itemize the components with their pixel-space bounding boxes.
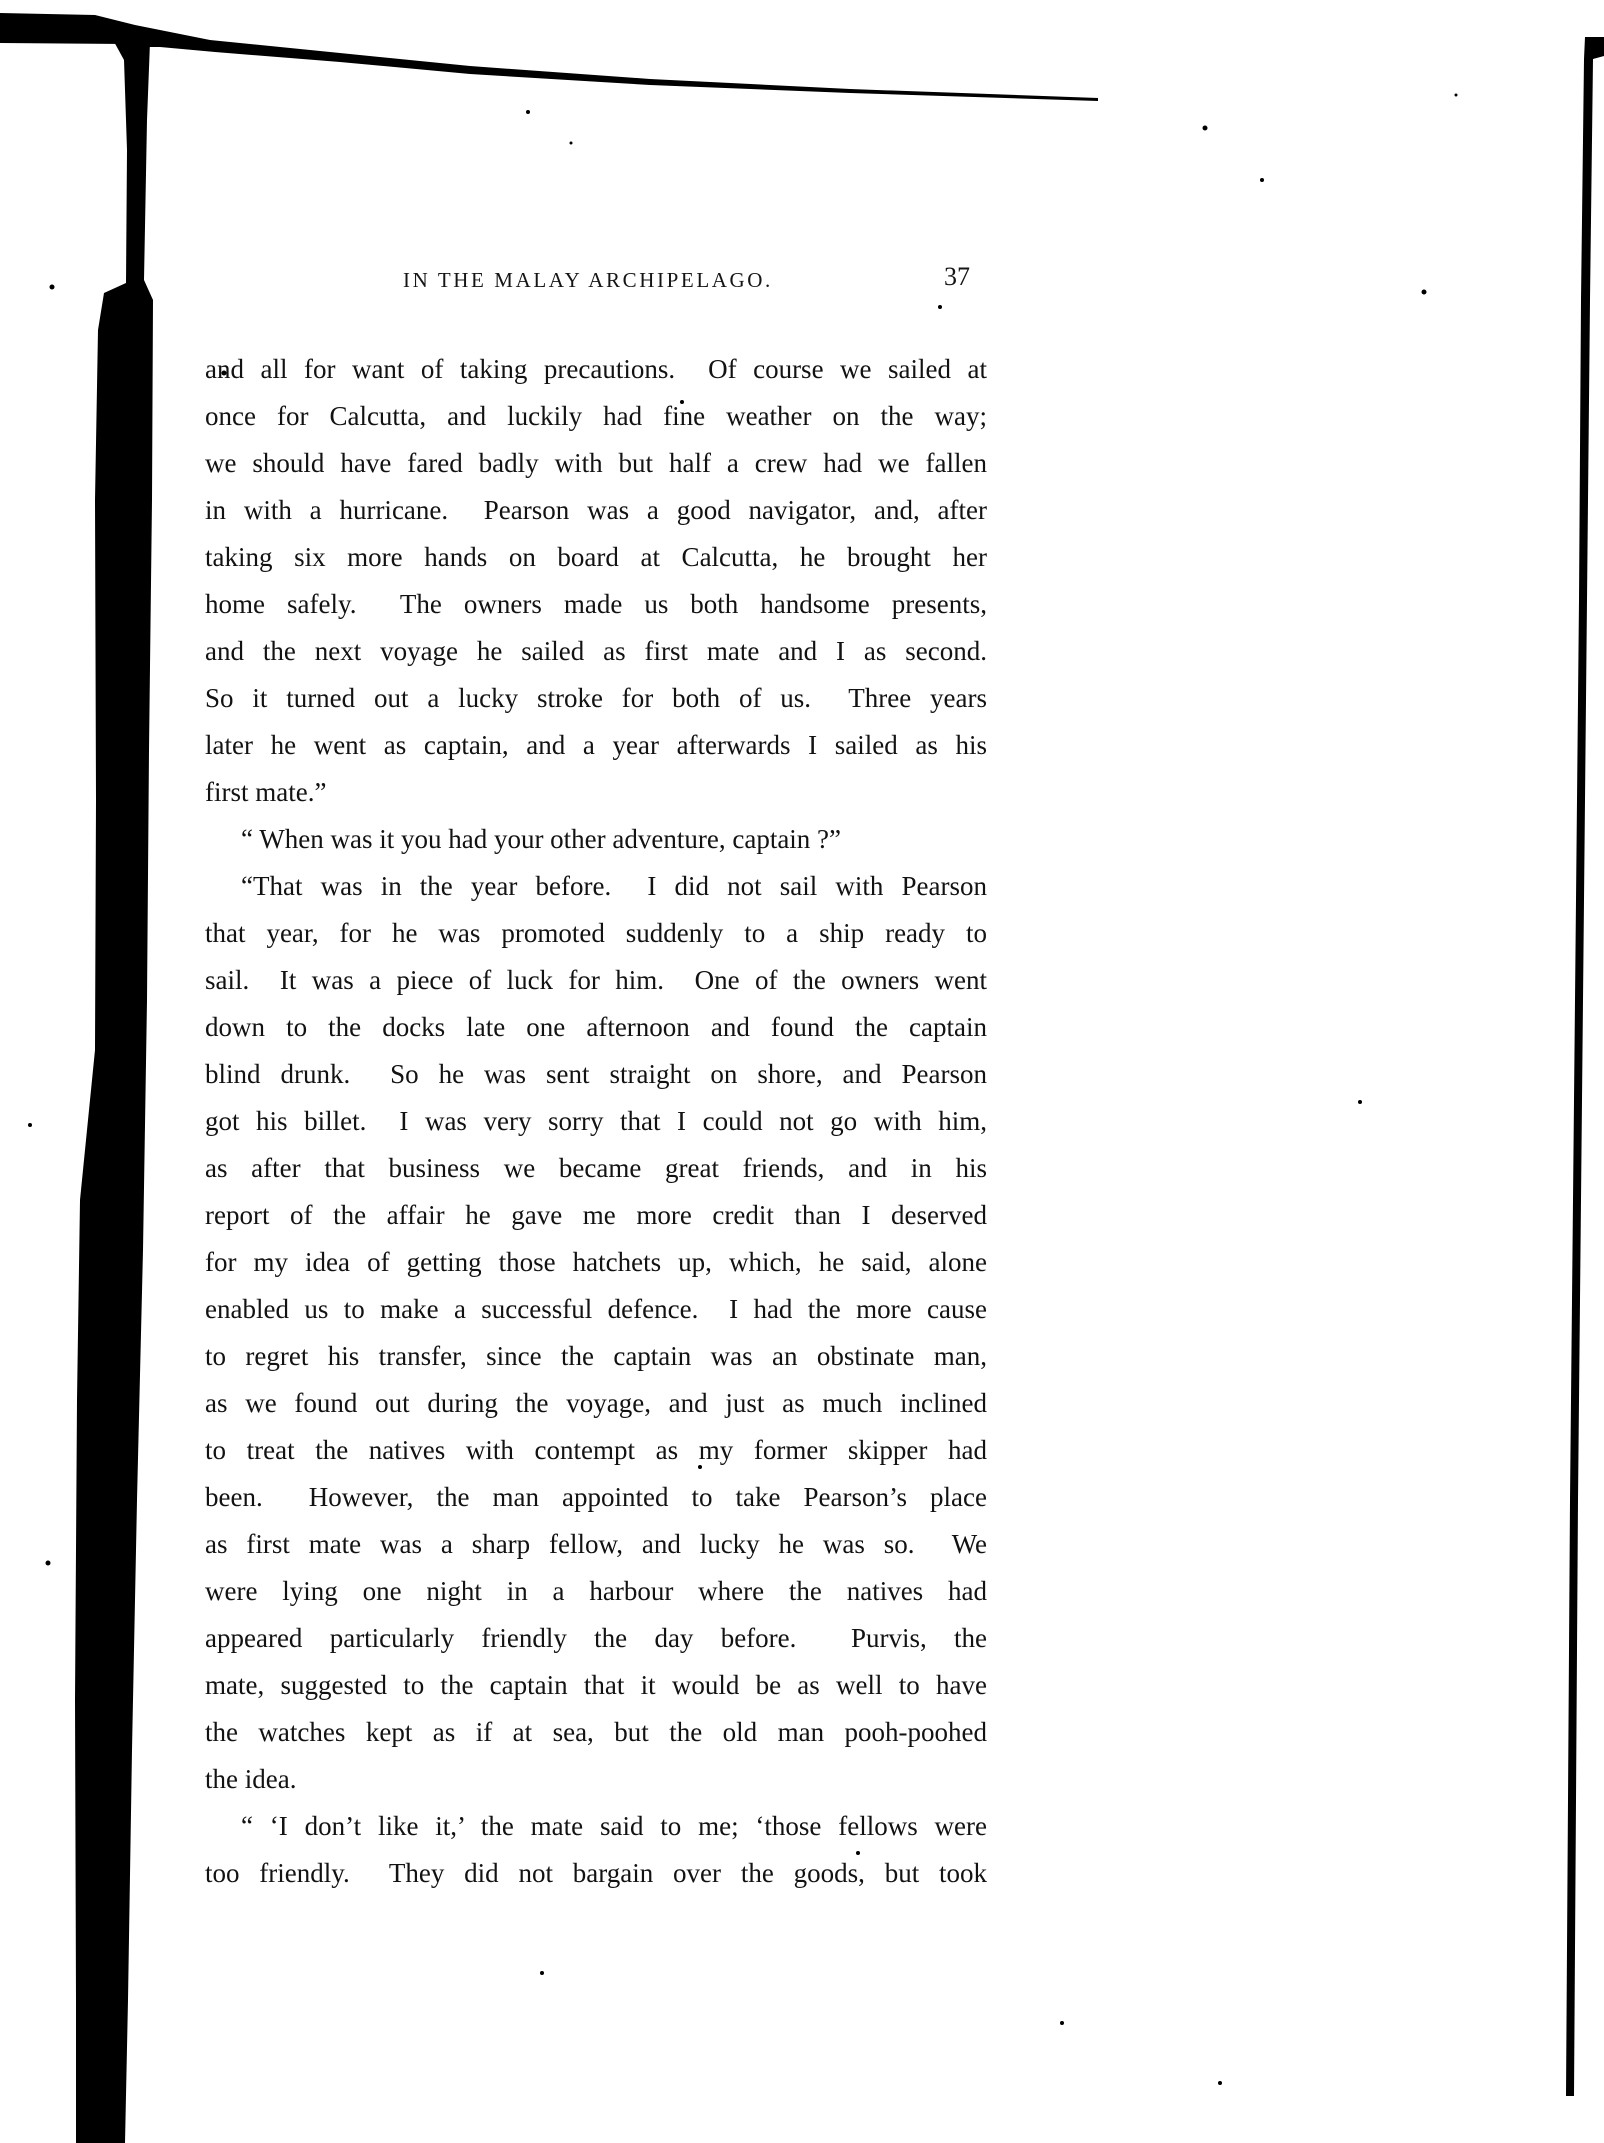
text-line: the idea. [205,1756,987,1803]
text-line: in with a hurricane. Pearson was a good … [205,487,987,534]
text-line: the watches kept as if at sea, but the o… [205,1709,987,1756]
text-line: “ When was it you had your other adventu… [205,816,987,863]
text-line: been. However, the man appointed to take… [205,1474,987,1521]
text-line: appeared particularly friendly the day b… [205,1615,987,1662]
running-head-title: IN THE MALAY ARCHIPELAGO. [403,268,1003,293]
text-line: mate, suggested to the captain that it w… [205,1662,987,1709]
text-line: later he went as captain, and a year aft… [205,722,987,769]
text-line: “ ‘I don’t like it,’ the mate said to me… [205,1803,987,1850]
text-line: as first mate was a sharp fellow, and lu… [205,1521,987,1568]
text-line: to treat the natives with contempt as my… [205,1427,987,1474]
text-line: and all for want of taking precautions. … [205,346,987,393]
text-line: as we found out during the voyage, and j… [205,1380,987,1427]
top-edge-shadow [0,13,1098,101]
text-line: home safely. The owners made us both han… [205,581,987,628]
text-line: as after that business we became great f… [205,1145,987,1192]
text-line: first mate.” [205,769,987,816]
right-edge-line [1566,37,1604,2096]
text-line: got his billet. I was very sorry that I … [205,1098,987,1145]
text-line: were lying one night in a harbour where … [205,1568,987,1615]
text-line: and the next voyage he sailed as first m… [205,628,987,675]
text-line: “That was in the year before. I did not … [205,863,987,910]
left-binding-bar [75,38,153,2143]
text-line: down to the docks late one afternoon and… [205,1004,987,1051]
text-line: once for Calcutta, and luckily had fine … [205,393,987,440]
page-number: 37 [944,262,970,292]
text-line: So it turned out a lucky stroke for both… [205,675,987,722]
text-line: for my idea of getting those hatchets up… [205,1239,987,1286]
text-line: to regret his transfer, since the captai… [205,1333,987,1380]
text-line: enabled us to make a successful defence.… [205,1286,987,1333]
text-line: that year, for he was promoted suddenly … [205,910,987,957]
text-line: report of the affair he gave me more cre… [205,1192,987,1239]
body-text: and all for want of taking precautions. … [205,346,987,1897]
scanned-book-page: IN THE MALAY ARCHIPELAGO. 37 and all for… [0,0,1604,2143]
text-line: blind drunk. So he was sent straight on … [205,1051,987,1098]
text-line: taking six more hands on board at Calcut… [205,534,987,581]
text-line: sail. It was a piece of luck for him. On… [205,957,987,1004]
text-line: we should have fared badly with but half… [205,440,987,487]
text-line: too friendly. They did not bargain over … [205,1850,987,1897]
